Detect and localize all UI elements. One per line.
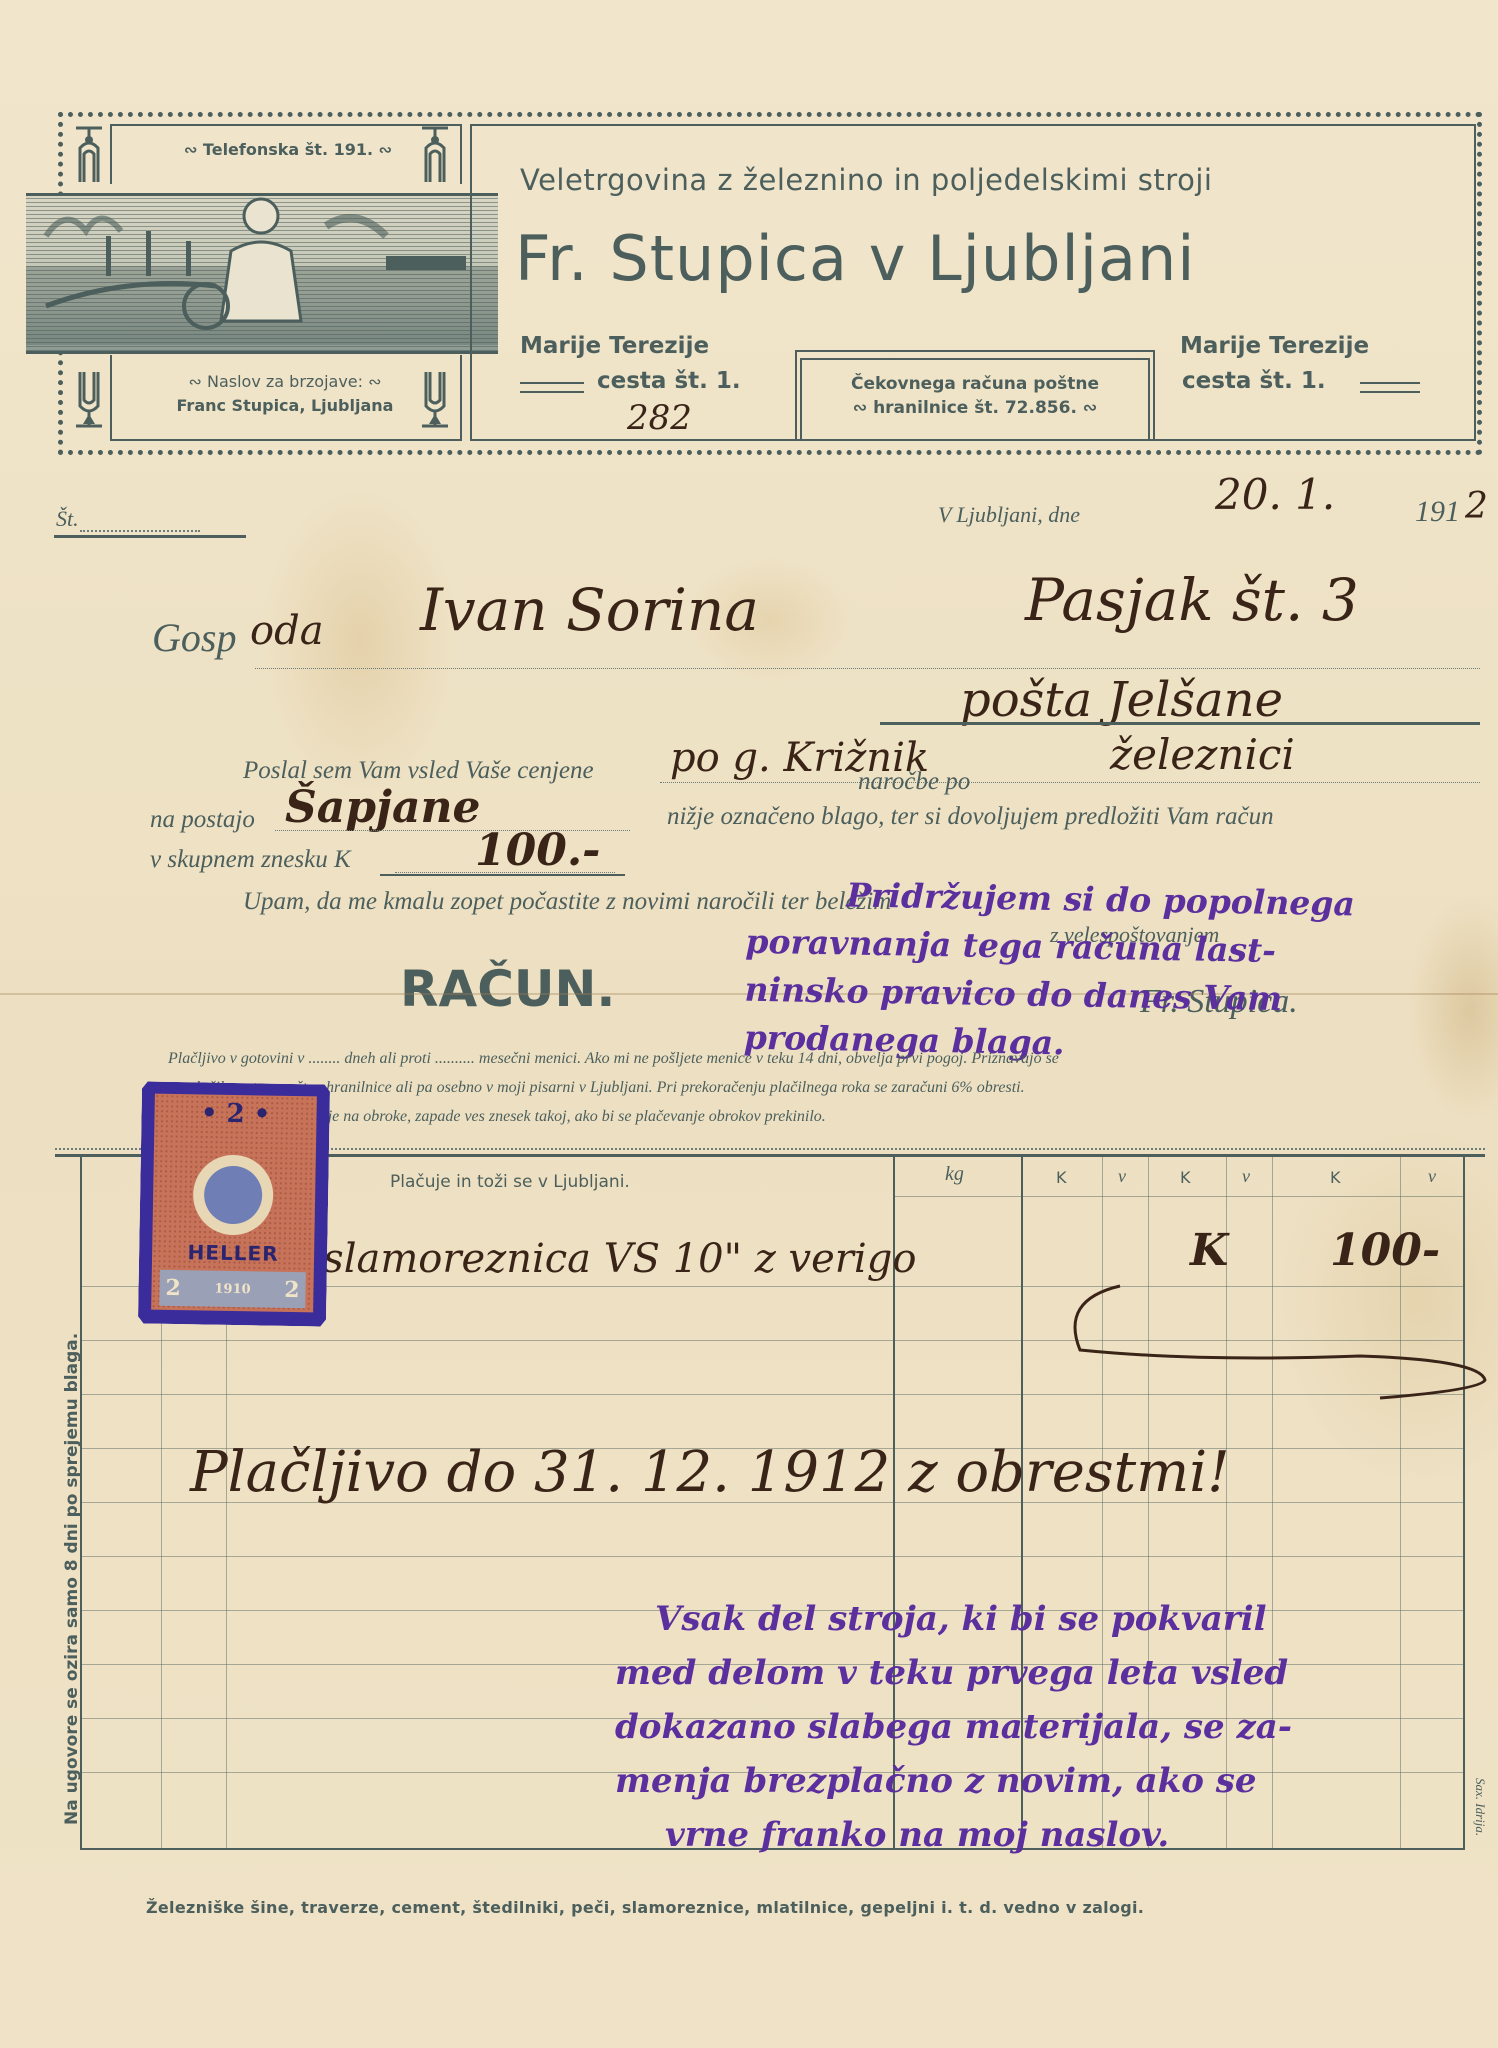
revenue-stamp-bar: 2 1910 2 xyxy=(159,1270,306,1309)
addressee-post: pošta Jelšane xyxy=(960,672,1283,728)
stamp-line: Vsak del stroja, ki bi se pokvaril xyxy=(615,1592,1292,1646)
emperor-portrait-icon xyxy=(192,1154,273,1235)
revenue-stamp: • 2 • HELLER 2 1910 2 xyxy=(138,1081,330,1326)
stamp-line: dokazano slabega materijala, se za- xyxy=(615,1700,1292,1754)
terms-line1: Plačljivo v gotovini v ........ dneh ali… xyxy=(168,1050,1488,1068)
order-line xyxy=(660,782,1480,783)
street-left-line1: Marije Terezije xyxy=(520,333,709,359)
addressee-village: Pasjak št. 3 xyxy=(1025,566,1359,634)
telegram-label: ∾ Naslov za brzojave: ∾ xyxy=(120,372,450,391)
number-field-line xyxy=(80,530,200,532)
business-line: Veletrgovina z železnino in poljedelskim… xyxy=(520,163,1420,197)
rule xyxy=(54,535,246,538)
stock-note: Železniške šine, traverze, cement, štedi… xyxy=(146,1898,1144,1917)
telephone-line: ∾ Telefonska št. 191. ∾ xyxy=(128,140,448,159)
street-left-line2: cesta št. 1. xyxy=(597,368,741,394)
line-item-currency: K xyxy=(1190,1225,1228,1276)
scroll-ornament-icon: ∾ xyxy=(853,398,873,418)
addressee-name: Ivan Sorina xyxy=(420,576,759,644)
revenue-stamp-face: • 2 • HELLER 2 1910 2 xyxy=(151,1094,317,1313)
column-header-k: K xyxy=(1180,1168,1191,1187)
handwritten-date: 20. 1. xyxy=(1215,470,1335,519)
number-label: Št. xyxy=(56,506,79,532)
amount-rule xyxy=(380,874,625,876)
terms-line3: Pri dogovorjenem plačevanje na obroke, z… xyxy=(150,1108,1470,1126)
table-header-rule xyxy=(893,1196,1465,1197)
salutation-handwritten: oda xyxy=(250,608,324,654)
double-rule xyxy=(520,382,584,393)
art-nouveau-ornament-icon xyxy=(72,370,106,430)
cheque-line1: Čekovnega računa poštne xyxy=(805,374,1145,394)
column-header-kg: kg xyxy=(945,1163,964,1186)
sent-prefix: Poslal sem Vam vsled Vaše cenjene xyxy=(243,757,594,785)
ownership-reservation-stamp: Pridržujem si do popolnega poravnanja te… xyxy=(743,870,1355,1073)
column-header-v: v xyxy=(1242,1166,1250,1187)
telephone-number: Telefonska št. 191. xyxy=(203,140,373,159)
terms-line2: samo plačila potom poštne hranilnice ali… xyxy=(150,1079,1470,1097)
complaints-side-note: Na ugovore se ozira samo 8 dni po spreje… xyxy=(62,1205,82,1825)
address-line xyxy=(255,668,1480,669)
line-item-amount: 100- xyxy=(1330,1225,1440,1276)
revenue-stamp-unit: HELLER xyxy=(152,1240,314,1267)
column-header-v: v xyxy=(1118,1166,1126,1187)
mercury-industry-engraving xyxy=(26,193,498,354)
scroll-ornament-icon: ∾ xyxy=(1077,398,1097,418)
year-printed: 191 xyxy=(1415,495,1460,529)
closing-flourish xyxy=(1060,1270,1498,1410)
revenue-stamp-value: • 2 • xyxy=(154,1098,316,1131)
line-item-description: 1 slamoreznica VS 10" z verigo xyxy=(285,1236,916,1282)
station-label: na postajo xyxy=(150,806,255,834)
scroll-ornament-icon: ∾ xyxy=(184,140,203,159)
year-handwritten: 2 xyxy=(1465,486,1488,527)
telegram-address: Franc Stupica, Ljubljana xyxy=(120,396,450,415)
scroll-ornament-icon: ∾ xyxy=(363,372,382,391)
stamp-line: menja brezplačno z novim, ako se xyxy=(615,1754,1292,1808)
total-amount: 100.- xyxy=(475,825,600,876)
payment-due-note: Plačljivo do 31. 12. 1912 z obrestmi! xyxy=(190,1440,1230,1505)
stamp-line: vrne franko na moj naslov. xyxy=(615,1808,1292,1862)
transport-mode: železnici xyxy=(1110,730,1295,779)
place-date-label: V Ljubljani, dne xyxy=(938,502,1080,528)
street-right-line1: Marije Terezije xyxy=(1180,333,1369,359)
goods-text: nižje označeno blago, ter si dovoljujem … xyxy=(667,803,1274,831)
handwritten-reference: 282 xyxy=(627,398,692,438)
station-name: Šapjane xyxy=(285,782,480,833)
revenue-stamp-year: 1910 xyxy=(214,1281,250,1297)
address-rule xyxy=(880,722,1480,725)
table-row-line xyxy=(80,1556,1465,1557)
warranty-stamp: Vsak del stroja, ki bi se pokvaril med d… xyxy=(615,1592,1292,1862)
amount-line xyxy=(395,872,615,873)
printer-credit: Sax. Idrija. xyxy=(1472,1778,1488,1836)
company-name: Fr. Stupica v Ljubljani xyxy=(515,222,1445,295)
double-rule xyxy=(1360,382,1420,393)
amount-label: v skupnem znesku K xyxy=(150,846,351,874)
street-right-line2: cesta št. 1. xyxy=(1182,368,1326,394)
cheque-line2: ∾ hranilnice št. 72.856. ∾ xyxy=(805,398,1145,418)
scroll-ornament-icon: ∾ xyxy=(373,140,392,159)
art-nouveau-ornament-icon xyxy=(418,124,452,184)
stamp-line: med delom v teku prvega leta vsled xyxy=(615,1646,1292,1700)
jurisdiction-note: Plačuje in toži se v Ljubljani. xyxy=(390,1172,630,1192)
art-nouveau-ornament-icon xyxy=(72,124,106,184)
column-header-k: K xyxy=(1056,1168,1067,1187)
column-header-v: v xyxy=(1428,1166,1436,1187)
salutation-printed: Gosp xyxy=(152,614,236,661)
scroll-ornament-icon: ∾ xyxy=(188,372,207,391)
currency-symbol: K xyxy=(334,846,351,873)
invoice-title: RAČUN. xyxy=(400,960,615,1018)
column-header-k: K xyxy=(1330,1168,1341,1187)
